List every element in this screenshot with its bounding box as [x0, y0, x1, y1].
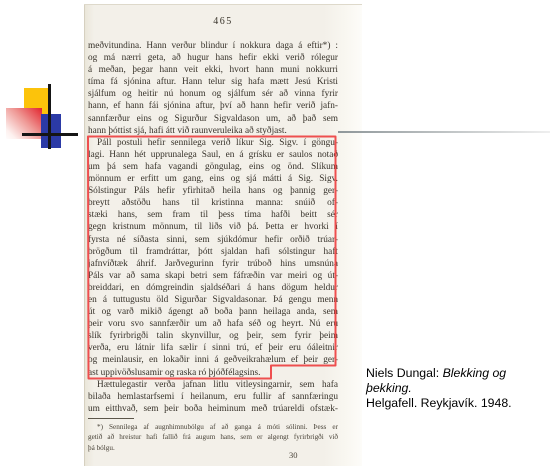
text-line: lagi. Hann hét upprunalega Saul, en á gr…	[88, 149, 338, 161]
citation-author: Niels Dungal:	[366, 366, 439, 380]
text-line: slík fyrirbrigði talin skynvillur, og þe…	[88, 330, 338, 342]
text-line: gegn kristnum mönnum, til liðs við þá. Þ…	[88, 221, 338, 233]
text-line: ast uppivöðslusamir og raska ró þjóðféla…	[88, 367, 338, 379]
text-line: og meinlausir, en lokaðir inni á geðveik…	[88, 354, 338, 366]
text-line: Páll postuli hefir sennilega verið líkur…	[88, 137, 338, 149]
text-line: bilaða hemlastarfsemi í heilanum, eru fu…	[88, 391, 338, 403]
paragraph-2-highlighted: Páll postuli hefir sennilega verið líkur…	[88, 137, 338, 379]
logo-cross-vertical-line	[48, 84, 51, 149]
text-line: mönnum er erfitt um gang, eins og sjá má…	[88, 173, 338, 185]
text-line: tíma fá sjónina aftur. Hann telur sig ha…	[88, 76, 338, 88]
text-line: Hættulegastir verða jafnan litlu vitleys…	[88, 379, 338, 391]
slide-canvas: 465 meðvitundina. Hann verður blindur í …	[0, 0, 550, 474]
logo-cross-horizontal-line	[22, 133, 78, 136]
footnote-text: *) Sennilega af augnhimnubólgu af að gan…	[88, 422, 338, 453]
printer-signature-number: 30	[289, 450, 298, 460]
paragraph-3: Hættulegastir verða jafnan litlu vitleys…	[88, 379, 338, 415]
text-line: þá bólgu.	[88, 443, 338, 453]
text-line: og má nærri geta, að hugur hans hefir ek…	[88, 52, 338, 64]
text-line: sannfærður eins og Sigurður Sigvaldason …	[88, 113, 338, 125]
footnote-rule	[88, 418, 134, 419]
logo-blue-square	[41, 114, 61, 148]
text-line: jafnvíðtæk áhrif. Jarðvegurinn fyrir trú…	[88, 258, 338, 270]
text-line: fyrsta né síðasta sinni, sem sjúkdómur h…	[88, 234, 338, 246]
page-text-column: meðvitundina. Hann verður blindur í nokk…	[88, 40, 338, 415]
text-line: sjálfum og heitir nú honum og sjálfum sé…	[88, 88, 338, 100]
text-line: en á tuttugustu öld Sigurðar Sigvaldason…	[88, 294, 338, 306]
text-line: þeir voru svo sannfærðir um að hafa séð …	[88, 318, 338, 330]
citation-caption: Niels Dungal: Blekking og þekking. Helga…	[366, 366, 550, 410]
text-line: breiddari, en dómgreindin sjaldséðari á …	[88, 282, 338, 294]
text-line: brögðum til framdráttar, þótt sjaldan ha…	[88, 246, 338, 258]
text-line: hann, ef hann fái sjónina aftur, því að …	[88, 100, 338, 112]
text-line: um þá sem hafa vagandi göngulag, eins og…	[88, 161, 338, 173]
text-line: út og varð mikið ágengt að boða þann hei…	[88, 306, 338, 318]
text-line: verða, eru látnir lifa sælir í sinni trú…	[88, 342, 338, 354]
text-line: meðvitundina. Hann verður blindur í nokk…	[88, 40, 338, 52]
text-line: hann þóttist sjá, hafi átt við raunverul…	[88, 125, 338, 137]
book-page-scan: 465 meðvitundina. Hann verður blindur í …	[84, 4, 362, 466]
text-line: breytt aðstöðu hans til kristinna manna:…	[88, 197, 338, 209]
text-line: Páls var að sama skapi betri sem fáfræði…	[88, 270, 338, 282]
paragraph-1: meðvitundina. Hann verður blindur í nokk…	[88, 40, 338, 137]
text-line: stæki hans, sem fram til þess tíma hafði…	[88, 209, 338, 221]
text-line: um eitthvað, sem þeir boða heiminum með …	[88, 403, 338, 415]
page-number: 465	[84, 16, 362, 27]
text-line: Sólstingur Páls hefir yfirhitað heila ha…	[88, 185, 338, 197]
text-line: á meðan, þegar hann veit ekki, hvort han…	[88, 64, 338, 76]
pointer-line	[338, 131, 550, 133]
text-line: *) Sennilega af augnhimnubólgu af að gan…	[88, 422, 338, 432]
citation-publisher: Helgafell. Reykjavík. 1948.	[366, 396, 550, 411]
text-line: getið að hreistur hafi fallið frá augum …	[88, 432, 338, 442]
citation-line-1: Niels Dungal: Blekking og þekking.	[366, 366, 550, 396]
